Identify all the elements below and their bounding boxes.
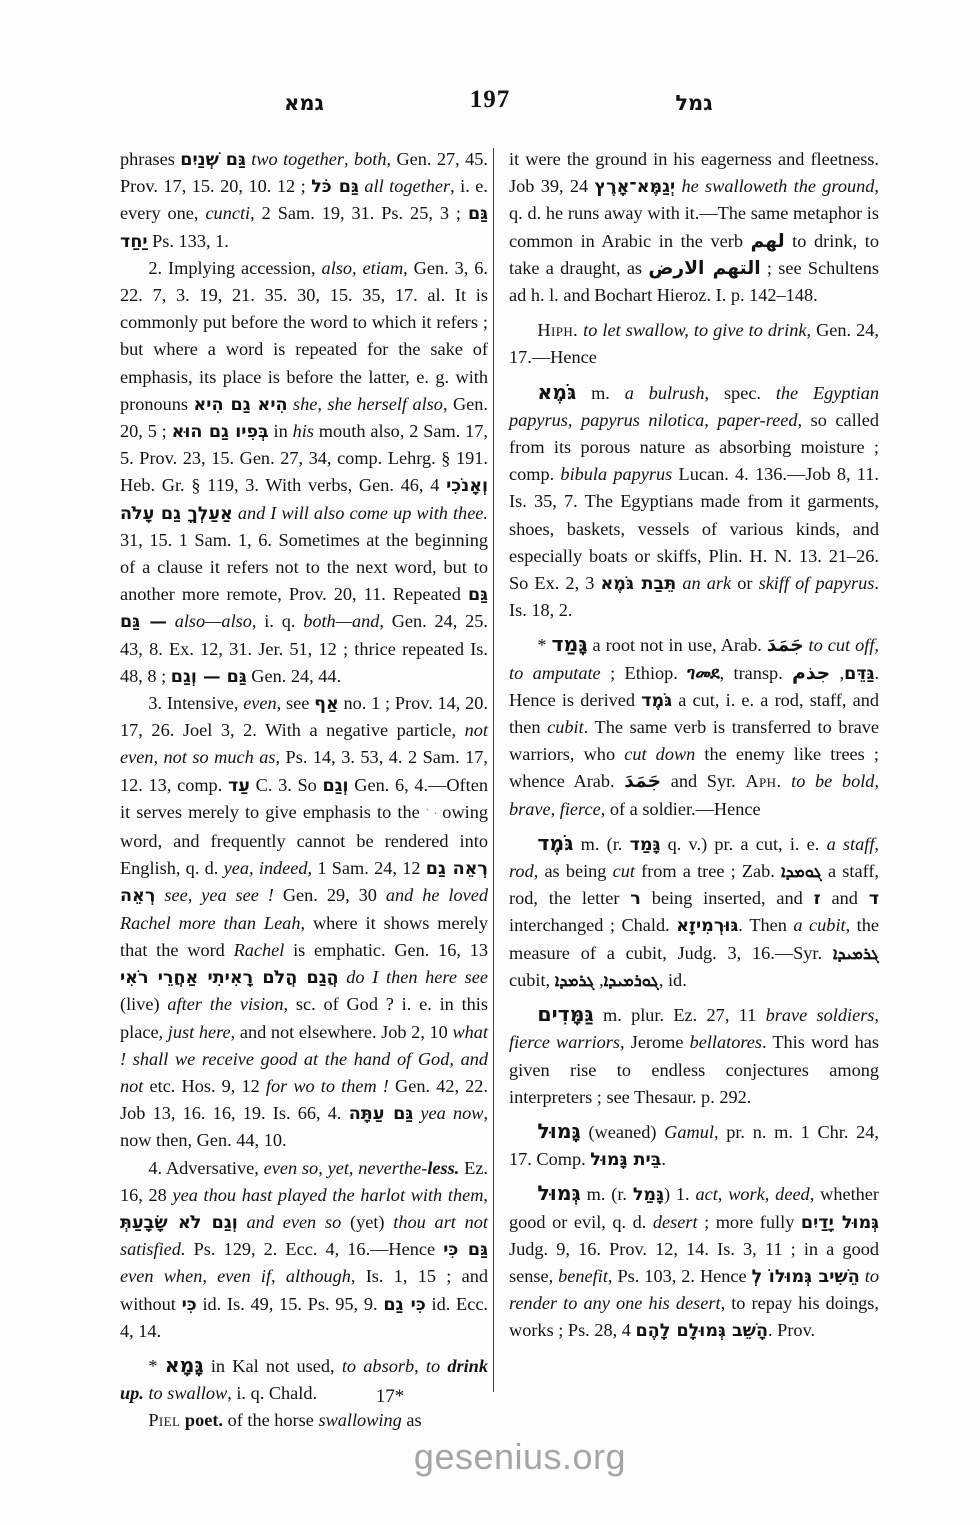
text-run: phrases bbox=[120, 149, 180, 169]
text-run: a bulrush bbox=[625, 383, 705, 403]
hebrew-text: גָּמַד bbox=[630, 835, 661, 855]
paragraph: גְּמוּל m. (r. גָּמַל) 1. act, work, dee… bbox=[509, 1181, 879, 1344]
text-run: Rachel bbox=[234, 940, 285, 960]
hebrew-text: כִּי bbox=[182, 1295, 197, 1315]
text-run: his bbox=[293, 421, 314, 441]
hebrew-text: כִּי גַם bbox=[383, 1295, 425, 1315]
hebrew-text: תֵּבַת גֹּמֶא bbox=[601, 574, 677, 594]
text-run: a cubit bbox=[793, 915, 845, 935]
text-run: Gen. 24, 44. bbox=[247, 666, 341, 686]
text-run: in Kal not used, bbox=[204, 1356, 342, 1376]
text-run: m. bbox=[576, 383, 624, 403]
paragraph: 2. Implying accession, also, etiam, Gen.… bbox=[120, 255, 488, 690]
text-run: yea now bbox=[420, 1103, 483, 1123]
paragraph: Hiph. to let swallow, to give to drink, … bbox=[509, 317, 879, 371]
text-run: , bbox=[344, 149, 354, 169]
paragraph: גֹּמֶא m. a bulrush, spec. the Egyptian … bbox=[509, 380, 879, 625]
text-run: both—and bbox=[303, 611, 379, 631]
hebrew-text: אַף bbox=[314, 694, 339, 714]
text-run: even when, even if, although bbox=[120, 1266, 351, 1286]
text-run: she, she herself also bbox=[293, 394, 443, 414]
text-run: both bbox=[354, 149, 387, 169]
hebrew-headword: גָּמוּל bbox=[537, 1119, 580, 1143]
text-run: , Gen. 3, 6. 22. 7, 3. 19, 21. 35. 30, 1… bbox=[120, 258, 488, 414]
hebrew-text: ז bbox=[814, 889, 821, 909]
paragraph: Piel poet. of the horse swallowing as bbox=[120, 1407, 488, 1434]
text-run: cut down bbox=[624, 744, 695, 764]
hebrew-text: גַּם עַתָּה bbox=[349, 1104, 414, 1124]
arabic-text: لهم bbox=[751, 231, 785, 252]
paragraph: phrases גַּם שְׁנַיִם two together, both… bbox=[120, 146, 488, 255]
text-run: , and not elsewhere. Job 2, 10 bbox=[231, 1022, 453, 1042]
ethiopic-text: ገመደ bbox=[687, 664, 719, 684]
text-run: poet. bbox=[180, 1410, 223, 1430]
text-run: ; more fully bbox=[698, 1212, 801, 1232]
text-run: , Ps. 103, 2. Hence bbox=[608, 1266, 752, 1286]
text-run: a root not in use, Arab. bbox=[588, 635, 767, 655]
text-run: , bbox=[830, 663, 844, 683]
hebrew-text: וְגַם bbox=[322, 776, 348, 796]
arabic-text: التهم الارض bbox=[648, 258, 760, 279]
hebrew-text: גְּמוּל יָדַיִם bbox=[801, 1213, 879, 1233]
hebrew-text: גַּם כִּי bbox=[443, 1240, 488, 1260]
paragraph: גֹּמֶד m. (r. גָּמַד q. v.) pr. a cut, i… bbox=[509, 831, 879, 994]
paragraph: גַּמָּדִים m. plur. Ez. 27, 11 brave sol… bbox=[509, 1002, 879, 1111]
text-run: etc. Hos. 9, 12 bbox=[143, 1076, 266, 1096]
text-run: after the vision bbox=[167, 994, 283, 1014]
text-run: see, yea see ! bbox=[164, 885, 274, 905]
syriac-text: ܓܪܡܕܐ bbox=[555, 971, 595, 990]
text-run: and even so bbox=[247, 1212, 342, 1232]
text-run: 31, 15. 1 Sam. 1, 6. Sometimes at the be… bbox=[120, 530, 488, 604]
paragraph: * גָּמַד a root not in use, Arab. جَمَدَ… bbox=[509, 632, 879, 822]
hebrew-headword: גָּמַד bbox=[552, 632, 588, 656]
text-run bbox=[167, 611, 175, 631]
text-run: id. Is. 49, 15. Ps. 95, 9. bbox=[197, 1294, 384, 1314]
text-run: Gamul bbox=[664, 1122, 714, 1142]
text-run: , bbox=[483, 1185, 488, 1205]
text-run bbox=[781, 771, 791, 791]
paragraph: גָּמוּל (weaned) Gamul, pr. n. m. 1 Chr.… bbox=[509, 1119, 879, 1173]
text-run: is emphatic. Gen. 16, 13 bbox=[284, 940, 488, 960]
text-run: in bbox=[269, 421, 293, 441]
syriac-text: ܓܪܡܝܕܐ bbox=[833, 944, 879, 963]
arabic-text: جَمَدَ bbox=[767, 635, 804, 656]
text-run: from a tree ; Zab. bbox=[635, 861, 781, 881]
text-run: just here bbox=[168, 1022, 231, 1042]
text-run: , i. q. bbox=[252, 611, 303, 631]
right-column: it were the ground in his eagerness and … bbox=[509, 146, 879, 1345]
text-run: as bbox=[402, 1410, 422, 1430]
left-column: phrases גַּם שְׁנַיִם two together, both… bbox=[120, 146, 488, 1435]
hebrew-text: גַּדֵּם bbox=[844, 664, 874, 684]
watermark: gesenius.org bbox=[0, 1436, 980, 1478]
text-run: and I will also come up with thee. bbox=[238, 503, 488, 523]
text-run: to swallow bbox=[144, 1383, 227, 1403]
text-run: 4. Adversative, bbox=[148, 1158, 263, 1178]
text-run: , as being bbox=[534, 861, 613, 881]
text-run: m. plur. Ez. 27, 11 bbox=[594, 1005, 766, 1025]
text-run: less. bbox=[427, 1158, 459, 1178]
syriac-text: ܓܘܪܡܝܕܐ bbox=[604, 971, 659, 990]
hebrew-text: יְגַמֶּא־אָרֶץ bbox=[594, 177, 675, 197]
scanned-lexicon-page: גמא 197 גמל phrases גַּם שְׁנַיִם two to… bbox=[0, 0, 980, 1525]
text-run: , id. bbox=[659, 970, 687, 990]
text-run: Aph. bbox=[745, 771, 781, 791]
hebrew-text: גּוּרְמִיזָא bbox=[676, 916, 738, 936]
text-run: , 2 Sam. 19, 31. Ps. 25, 3 ; bbox=[250, 203, 468, 223]
text-run: even so, yet, neverthe- bbox=[264, 1158, 428, 1178]
hebrew-text: ר bbox=[630, 889, 641, 909]
text-run: and Syr. bbox=[661, 771, 745, 791]
hebrew-text: הֲגַם הֲלֹם רָאִיתִי אַחֲרֵי רֹאִי bbox=[120, 968, 339, 988]
text-run: do I then here see bbox=[346, 967, 488, 987]
text-run: Ps. 133, 1. bbox=[148, 231, 229, 251]
text-run: cuncti bbox=[205, 203, 250, 223]
text-run: ‵ ‧ bbox=[426, 807, 442, 821]
hebrew-text: ד bbox=[869, 889, 879, 909]
text-run: . bbox=[661, 1149, 666, 1169]
text-run: yea, indeed bbox=[224, 858, 308, 878]
text-run: also—also bbox=[175, 611, 252, 631]
paragraph: it were the ground in his eagerness and … bbox=[509, 146, 879, 309]
text-run: an ark bbox=[682, 573, 731, 593]
text-run: even bbox=[243, 693, 276, 713]
text-run: , 1 Sam. 24, 12 bbox=[308, 858, 426, 878]
text-run: or bbox=[731, 573, 758, 593]
column-divider bbox=[493, 148, 494, 1392]
text-run: Gen. 29, 30 bbox=[274, 885, 386, 905]
paragraph: 3. Intensive, even, see אַף no. 1 ; Prov… bbox=[120, 690, 488, 1154]
text-run bbox=[238, 1212, 247, 1232]
text-run: m. (r. bbox=[573, 834, 629, 854]
text-run: and bbox=[821, 888, 869, 908]
hebrew-text: הָשֵׁב גְּמוּלָם לָהֶם bbox=[635, 1321, 768, 1341]
text-run: two together bbox=[251, 149, 344, 169]
text-run: act, work, deed bbox=[695, 1184, 809, 1204]
hebrew-headword: גֹּמֶא bbox=[537, 380, 576, 404]
text-run: * bbox=[148, 1356, 164, 1376]
arabic-text: جَمَدَ bbox=[624, 771, 661, 792]
hebrew-headword: גְּמוּל bbox=[537, 1181, 580, 1205]
syriac-text: ܓܘܡܕܐ bbox=[781, 862, 822, 881]
text-run: bellatores bbox=[690, 1032, 762, 1052]
text-run: , Jerome bbox=[620, 1032, 690, 1052]
arabic-text: جذم bbox=[792, 663, 830, 684]
text-run: , spec. bbox=[705, 383, 776, 403]
text-run: cut bbox=[613, 861, 635, 881]
text-run: for wo to them ! bbox=[266, 1076, 389, 1096]
text-run: Ps. 129, 2. Ecc. 4, 16.—Hence bbox=[186, 1239, 444, 1259]
text-run: benefit bbox=[558, 1266, 608, 1286]
hebrew-text: גָּמַל bbox=[633, 1185, 664, 1205]
hebrew-text: גַּם — וְגַם bbox=[171, 667, 247, 687]
text-run: swallowing bbox=[318, 1410, 401, 1430]
text-run: desert bbox=[653, 1212, 698, 1232]
hebrew-text: גַּם שְׁנַיִם bbox=[180, 150, 246, 170]
text-run: of the horse bbox=[223, 1410, 318, 1430]
text-run: q. v.) pr. a cut, i. e. bbox=[660, 834, 826, 854]
text-run: ) 1. bbox=[664, 1184, 696, 1204]
text-run: bibula papyrus bbox=[560, 464, 672, 484]
text-run: all together bbox=[364, 176, 450, 196]
hebrew-headword: גָּמָא bbox=[165, 1353, 204, 1377]
hebrew-text: גַּם כֹּל bbox=[311, 177, 359, 197]
text-run: * bbox=[537, 635, 551, 655]
hebrew-text: בֵּית גָּמוּל bbox=[590, 1150, 661, 1170]
text-run: C. 3. So bbox=[250, 775, 323, 795]
text-run: . Prov. bbox=[768, 1320, 815, 1340]
text-run: , of a soldier.—Hence bbox=[601, 799, 761, 819]
text-run: being inserted, and bbox=[641, 888, 814, 908]
text-run: (weaned) bbox=[581, 1122, 664, 1142]
text-run: to absorb, to bbox=[342, 1356, 448, 1376]
text-run: m. (r. bbox=[581, 1184, 633, 1204]
text-run: . Then bbox=[738, 915, 793, 935]
guide-word-right: גמל bbox=[509, 90, 879, 115]
text-run: Hiph. bbox=[537, 320, 578, 340]
hebrew-headword: גַּמָּדִים bbox=[537, 1002, 593, 1026]
text-run: , see bbox=[277, 693, 314, 713]
text-run: yea thou hast played the harlot with the… bbox=[173, 1185, 484, 1205]
text-run: also, etiam bbox=[322, 258, 404, 278]
text-run: Piel bbox=[148, 1410, 180, 1430]
hebrew-text: הֵשִׁיב גְּמוּלוֹ לְ bbox=[752, 1267, 860, 1287]
text-run: , transp. bbox=[720, 663, 793, 683]
hebrew-text: וְגַם לֹא שָׂבָעַתְּ bbox=[120, 1213, 238, 1233]
hebrew-headword: גֹּמֶד bbox=[537, 831, 573, 855]
hebrew-text: בְּפִיו גַם הוּא bbox=[172, 422, 269, 442]
paragraph: 4. Adversative, even so, yet, neverthe-l… bbox=[120, 1155, 488, 1345]
text-run: interchanged ; Chald. bbox=[509, 915, 676, 935]
text-run: to let swallow, to give to drink bbox=[583, 320, 806, 340]
text-run: 2. Implying accession, bbox=[148, 258, 321, 278]
text-run: ; Ethiop. bbox=[601, 663, 688, 683]
hebrew-text: הִיא גַם הִיא bbox=[194, 395, 288, 415]
text-run: skiff of papyrus bbox=[759, 573, 875, 593]
text-run: 3. Intensive, bbox=[148, 693, 243, 713]
signature-mark: 17* bbox=[300, 1386, 480, 1408]
text-run: he swalloweth the ground bbox=[681, 176, 874, 196]
hebrew-text: עַד bbox=[228, 776, 250, 796]
text-run: cubit bbox=[547, 717, 584, 737]
text-run: , bbox=[595, 970, 604, 990]
text-run: (live) bbox=[120, 994, 167, 1014]
hebrew-text: גֹּמֶד bbox=[641, 691, 672, 711]
text-run: cubit, bbox=[509, 970, 555, 990]
text-run: (yet) bbox=[341, 1212, 393, 1232]
